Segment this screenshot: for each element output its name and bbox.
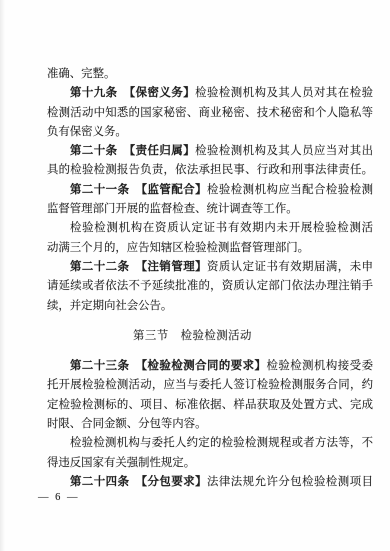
line-text: 检验检测机构应当配合检验检测: [207, 184, 373, 196]
line-text: 续，并定期向社会公告。: [47, 300, 172, 312]
line-text: 检验检测机构及其人员对其在检验: [195, 87, 373, 99]
text-line: 托开展检验检测活动，应当与委托人签订检验检测服务合同，约: [47, 376, 373, 395]
text-line: 第二十一条 【监管配合】检验检测机构应当配合检验检测: [47, 181, 373, 200]
article-number-label: 第二十三条 【检验检测合同的要求】: [70, 360, 266, 372]
text-line: 续，并定期向社会公告。: [47, 297, 373, 316]
article-number-label: 第二十二条 【注销管理】: [70, 261, 207, 273]
line-text: 托开展检验检测活动，应当与委托人签订检验检测服务合同，约: [47, 379, 373, 391]
line-text: 检测活动中知悉的国家秘密、商业秘密、技术秘密和个人隐私等: [47, 107, 373, 119]
text-line: 监督管理部门开展的监督检查、统计调查等工作。: [47, 200, 373, 219]
line-text: 得违反国家有关强制性规定。: [47, 457, 195, 469]
text-line: 第二十条 【责任归属】检验检测机构及其人员应当对其出: [47, 142, 373, 161]
line-text: 准确、完整。: [47, 68, 115, 80]
line-text: 检验检测机构及其人员应当对其出: [195, 145, 373, 157]
text-line: 检验检测机构与委托人约定的检验检测规程或者方法等，不: [47, 434, 373, 453]
text-line: 第十九条 【保密义务】检验检测机构及其人员对其在检验: [47, 84, 373, 103]
article-number-label: 第二十四条 【分包要求】: [70, 476, 207, 488]
text-line: 第二十四条 【分包要求】法律法规允许分包检验检测项目: [47, 473, 373, 492]
text-line: 时限、合同金额、分包等内容。: [47, 415, 373, 434]
text-line: 具的检验检测报告负责，依法承担民事、行政和刑事法律责任。: [47, 161, 373, 180]
line-text: 法律法规允许分包检验检测项目: [207, 476, 373, 488]
section-heading: 第三节 检验检测活动: [47, 327, 338, 346]
line-text: 定检验检测标的、项目、标准依据、样品获取及处置方式、完成: [47, 399, 373, 411]
text-line: 准确、完整。: [47, 65, 373, 84]
article-number-label: 第二十条 【责任归属】: [70, 145, 195, 157]
line-text: 负有保密义务。: [47, 126, 127, 138]
page-number: — 6 —: [38, 490, 78, 505]
article-number-label: 第十九条 【保密义务】: [70, 87, 195, 99]
document-body: 准确、完整。第十九条 【保密义务】检验检测机构及其人员对其在检验检测活动中知悉的…: [47, 65, 373, 492]
text-line: 得违反国家有关强制性规定。: [47, 454, 373, 473]
text-line: 负有保密义务。: [47, 123, 373, 142]
text-line: 动满三个月的，应告知辖区检验检测监督管理部门。: [47, 239, 373, 258]
line-text: 请延续或者依法不予延续批准的，资质认定部门依法办理注销手: [47, 280, 373, 292]
line-text: 第三节 检验检测活动: [133, 330, 252, 342]
scan-shadow-left-edge: [0, 0, 5, 551]
line-text: 监督管理部门开展的监督检查、统计调查等工作。: [47, 203, 298, 215]
line-text: 动满三个月的，应告知辖区检验检测监督管理部门。: [47, 242, 309, 254]
text-line: 检测活动中知悉的国家秘密、商业秘密、技术秘密和个人隐私等: [47, 104, 373, 123]
text-line: 请延续或者依法不予延续批准的，资质认定部门依法办理注销手: [47, 277, 373, 296]
text-line: 定检验检测标的、项目、标准依据、样品获取及处置方式、完成: [47, 396, 373, 415]
document-page: 准确、完整。第十九条 【保密义务】检验检测机构及其人员对其在检验检测活动中知悉的…: [0, 0, 390, 551]
article-number-label: 第二十一条 【监管配合】: [70, 184, 207, 196]
line-text: 时限、合同金额、分包等内容。: [47, 418, 206, 430]
line-text: 具的检验检测报告负责，依法承担民事、行政和刑事法律责任。: [47, 164, 373, 176]
line-text: 检验检测机构接受委: [266, 360, 373, 372]
text-line: 第二十二条 【注销管理】资质认定证书有效期届满，未申: [47, 258, 373, 277]
text-line: 第二十三条 【检验检测合同的要求】检验检测机构接受委: [47, 357, 373, 376]
line-text: 检验检测机构与委托人约定的检验检测规程或者方法等，不: [70, 437, 373, 449]
line-text: 检验检测机构在资质认定证书有效期内未开展检验检测活: [70, 222, 373, 234]
line-text: 资质认定证书有效期届满，未申: [207, 261, 373, 273]
text-line: 检验检测机构在资质认定证书有效期内未开展检验检测活: [47, 219, 373, 238]
